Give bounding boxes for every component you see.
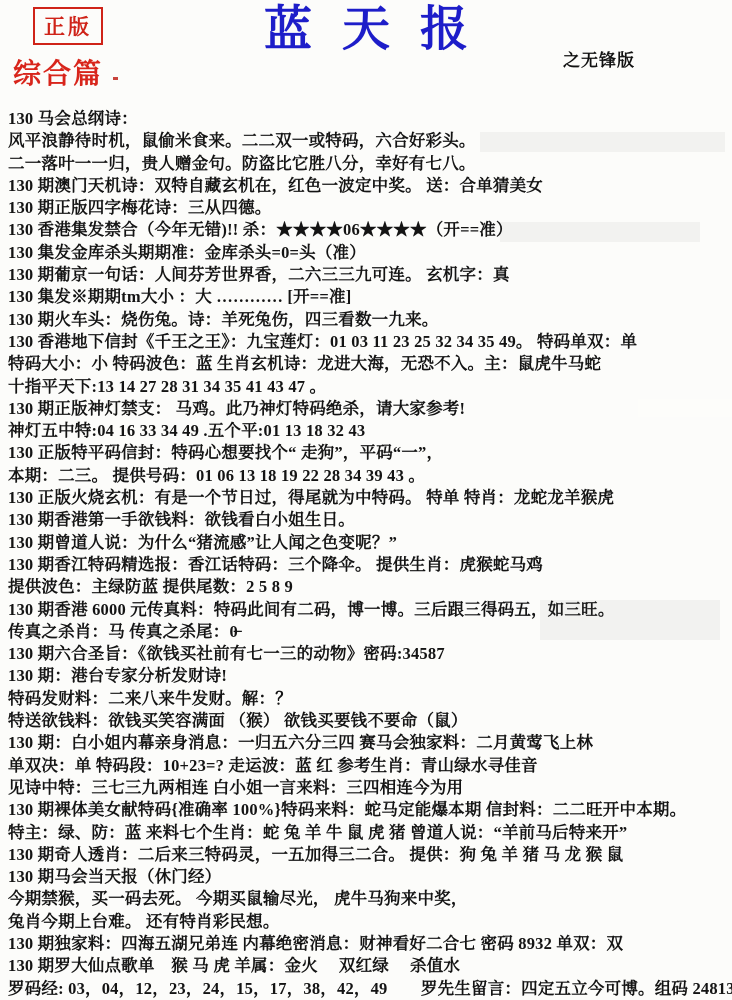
report-line: 兔肖今期上台难。 还有特肖彩民想。 (8, 911, 732, 933)
report-line: 罗码经: 03，04，12，23，24，15，17，38，42，49 罗先生留言… (8, 978, 732, 1000)
report-line: 130 期正版四字梅花诗：三从四德。 (8, 197, 732, 219)
report-line: 130 期香江特码精选报：香江话特码：三个降伞。 提供生肖：虎猴蛇马鸡 (8, 554, 732, 576)
report-line: 130 正版火烧玄机：有是一个节日过，得尾就为中特码。 特单 特肖：龙蛇龙羊猴虎 (8, 487, 732, 509)
report-line: 本期：二三。 提供号码：01 06 13 18 19 22 28 34 39 4… (8, 465, 732, 487)
report-line: 130 期独家料：四海五湖兄弟连 内幕绝密消息：财神看好二合七 密码 8932 … (8, 933, 732, 955)
report-line: 神灯五中特:04 16 33 34 49 .五个平:01 13 18 32 43 (8, 420, 732, 442)
report-line: 130 期香港第一手欲钱料：欲钱看白小姐生日。 (8, 509, 732, 531)
report-body: 130 马会总纲诗：风平浪静待时机，鼠偷米食来。二二双一或特码，六合好彩头。二一… (8, 108, 732, 1000)
report-line: 单双决：单 特码段：10+23=? 走运波：蓝 红 参考生肖：青山绿水寻佳音 (8, 755, 732, 777)
report-line: 提供波色：主绿防蓝 提供尾数：2 5 8 9 (8, 576, 732, 598)
report-line: 十指平天下:13 14 27 28 31 34 35 41 43 47 。 (8, 376, 732, 398)
report-line: 特码发财料：二来八来牛发财。解：？ (8, 688, 732, 710)
report-line: 130 香港集发禁合（今年无错)!! 杀：★★★★06★★★★（开==准） (8, 219, 732, 241)
report-line: 130 香港地下信封《千王之王》：九宝莲灯：01 03 11 23 25 32 … (8, 331, 732, 353)
blue-sky-report-page: 正版 蓝天报 之无锋版 综合篇 130 马会总纲诗：风平浪静待时机，鼠偷米食来。… (0, 0, 732, 1000)
report-line: 130 期六合圣旨：《欲钱买社前有七一三的动物》密码:34587 (8, 643, 732, 665)
report-line: 130 集发金库杀头期期准：金库杀头=0=头（准） (8, 242, 732, 264)
report-line: 130 期裸体美女献特码{准确率 100%}特码来料：蛇马定能爆本期 信封料：二… (8, 799, 732, 821)
report-line: 风平浪静待时机，鼠偷米食来。二二双一或特码，六合好彩头。 (8, 130, 732, 152)
report-line: 130 期马会当天报（休门经） (8, 866, 732, 888)
report-line: 130 期正版神灯禁支： 马鸡。此乃神灯特码绝杀，请大家参考! (8, 398, 732, 420)
report-line: 今期禁猴，买一码去死。 今期买鼠输尽光， 虎牛马狗来中奖， (8, 888, 732, 910)
section-heading: 综合篇 (13, 52, 103, 92)
report-line: 特送欲钱料：欲钱买笑容满面 （猴） 欲钱买要钱不要命（鼠） (8, 710, 732, 732)
section-dot-mark (113, 77, 118, 80)
report-line: 特码大小：小 特码波色：蓝 生肖玄机诗：龙进大海，无恐不入。主：鼠虎牛马蛇 (8, 353, 732, 375)
report-line: 见诗中特：三七三九两相连 白小姐一言来料：三四相连今为用 (8, 777, 732, 799)
report-line: 130 马会总纲诗： (8, 108, 732, 130)
report-line: 130 集发※期期tm大小 ：大 ………… [开==准] (8, 286, 732, 308)
report-line: 130 期曾道人说：为什么“猪流感”让人闻之色变呢？” (8, 532, 732, 554)
report-line: 130 期罗大仙点歌单 猴 马 虎 羊属：金火 双红绿 杀值水 (8, 955, 732, 977)
report-line: 二一落叶一一归，贵人赠金句。防盗比它胜八分，幸好有七八。 (8, 153, 732, 175)
report-line: 130 期香港 6000 元传真料：特码此间有二码，博一博。三后跟三得码五，如三… (8, 599, 732, 621)
edition-subtitle: 之无锋版 (563, 46, 635, 71)
report-line: 130 期：白小姐内幕亲身消息：一归五六分三四 赛马会独家料：二月黄莺飞上林 (8, 732, 732, 754)
report-line: 特主：绿、防：蓝 来料七个生肖：蛇 兔 羊 牛 鼠 虎 猪 曾道人说：“羊前马后… (8, 822, 732, 844)
report-line: 130 期火车头：烧伤兔。诗：羊死兔伤，四三看数一九来。 (8, 309, 732, 331)
report-line: 传真之杀肖：马 传真之杀尾：0̶ (8, 621, 732, 643)
report-line: 130 期葡京一句话：人间芬芳世界香，二六三三九可连。 玄机字：真 (8, 264, 732, 286)
report-line: 130 期奇人透肖：二后来三特码灵，一五加得三二合。 提供：狗 兔 羊 猪 马 … (8, 844, 732, 866)
report-line: 130 期：港台专家分析发财诗! (8, 665, 732, 687)
report-line: 130 正版特平码信封：特码心想要找个“ 走狗”，平码“一”， (8, 442, 732, 464)
report-line: 130 期澳门天机诗：双特自藏玄机在，红色一波定中奖。 送：合单猜美女 (8, 175, 732, 197)
